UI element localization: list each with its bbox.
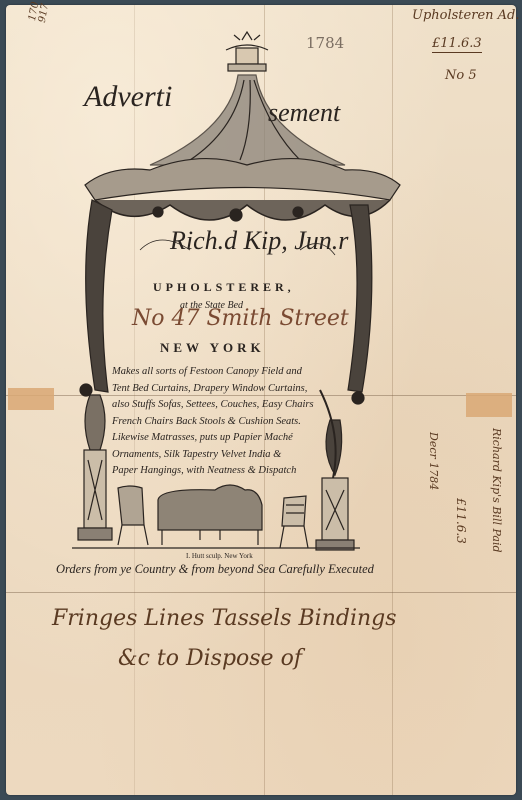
- services-line: also Stuffs Sofas, Settees, Couches, Eas…: [112, 397, 352, 414]
- services-line: Tent Bed Curtains, Drapery Window Curtai…: [112, 381, 352, 398]
- handwritten-address: No 47 Smith Street: [132, 306, 349, 331]
- orders-footer: Orders from ye Country & from beyond Sea…: [56, 562, 374, 577]
- handwritten-note-line1: Fringes Lines Tassels Bindings: [52, 606, 397, 631]
- heading-left: Adverti: [84, 80, 172, 114]
- services-list: Makes all sorts of Festoon Canopy Field …: [112, 364, 352, 480]
- trade-title: UPHOLSTERER,: [153, 280, 295, 295]
- heading-right: sement: [268, 98, 340, 128]
- right-vertical-note-2: £11.6.3: [454, 498, 468, 544]
- city-name: NEW YORK: [160, 340, 265, 356]
- top-right-note-title: Upholsteren Ad.: [412, 8, 519, 23]
- right-vertical-note-3: Decr 1784: [427, 432, 440, 490]
- services-line: Likewise Matrasses, puts up Papier Maché: [112, 430, 352, 447]
- services-line: Paper Hangings, with Neatness & Dispatch: [112, 463, 352, 480]
- handwritten-note-line2: &c to Dispose of: [118, 646, 302, 671]
- top-right-note-number: No 5: [445, 68, 477, 83]
- top-right-note-amount: £11.6.3: [432, 36, 482, 53]
- right-vertical-note-1: Richard Kip's Bill Paid: [490, 428, 503, 553]
- services-line: Makes all sorts of Festoon Canopy Field …: [112, 364, 352, 381]
- services-line: Ornaments, Silk Tapestry Velvet India &: [112, 447, 352, 464]
- engraver-credit: I. Hutt sculp. New York: [186, 552, 253, 560]
- proprietor-name: Rich.d Kip, Jun.r: [170, 226, 348, 256]
- year-note: 1784: [306, 34, 344, 52]
- services-line: French Chairs Back Stools & Cushion Seat…: [112, 414, 352, 431]
